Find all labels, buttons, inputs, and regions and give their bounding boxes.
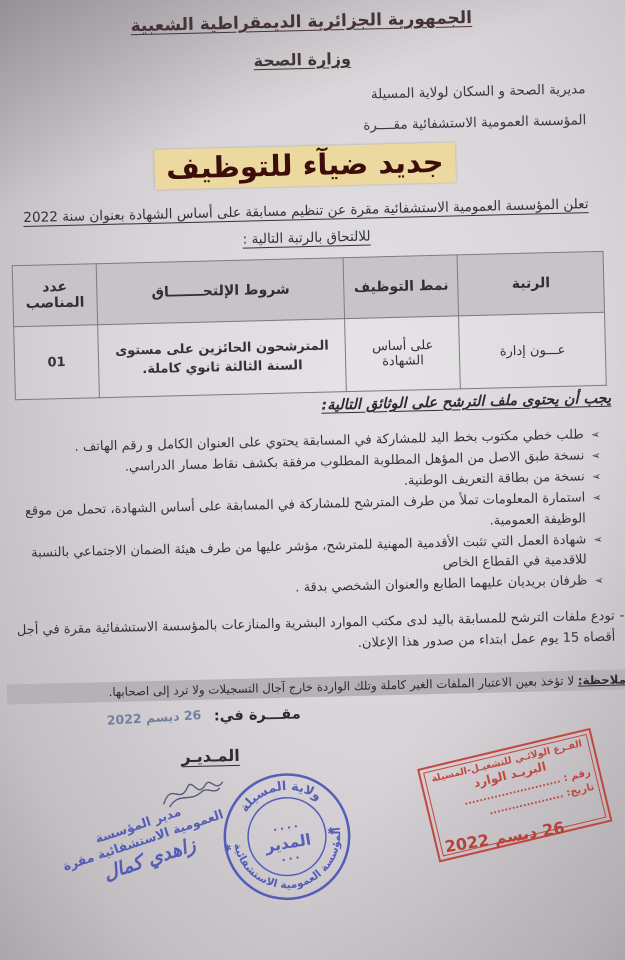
director-label: المـديـر bbox=[181, 746, 240, 766]
documents-list: ➢ طلب خطي مكتوب بخط اليد للمشاركة في الم… bbox=[11, 425, 604, 606]
round-stamp-left-decor-icon: ✱ bbox=[223, 843, 233, 855]
remark-line: ملاحظة: لا تؤخذ بعين الاعتبار الملفات ال… bbox=[7, 669, 625, 704]
director-name-stamp: مدير المؤسسة العمومية الاستشفائية مقرة ز… bbox=[53, 790, 236, 898]
deposit-paragraph: - تودع ملفات الترشح للمسابقة باليد لدى م… bbox=[15, 605, 625, 663]
place-date-line: مقـــرة في: 26 ديسم 2022 bbox=[106, 706, 301, 727]
recruitment-table: الرتبة نمط التوظيف شروط الإلتحـــــــاق … bbox=[12, 251, 607, 400]
remark-text: لا تؤخذ بعين الاعتبار الملفات الغير كامل… bbox=[108, 674, 578, 699]
header-rank: الرتبة bbox=[457, 251, 604, 316]
round-stamp-dots: • • • bbox=[281, 853, 301, 865]
table-row: عـــون إدارة على أساس الشهادة المترشحون … bbox=[14, 312, 607, 399]
watermark-text: جديد ضيآء للتوظيف bbox=[166, 145, 444, 186]
photo-background: { "header": { "republic": "الجمهورية الج… bbox=[0, 0, 625, 960]
mail-received-stamp: الفـرع الولائـي للتشغيـل-المسيلة البريـد… bbox=[417, 728, 612, 863]
republic-title: الجمهورية الجزائرية الديمقراطية الشعبية bbox=[0, 5, 614, 40]
arrow-bullet-icon: ➢ bbox=[591, 446, 601, 466]
arrow-bullet-icon: ➢ bbox=[594, 571, 604, 591]
cell-conditions: المترشحون الحائزين على مستوى السنة الثال… bbox=[98, 319, 347, 398]
header-positions: عدد المناصب bbox=[12, 264, 97, 327]
document-paper: الجمهورية الجزائرية الديمقراطية الشعبية … bbox=[0, 0, 625, 960]
arrow-bullet-icon: ➢ bbox=[592, 467, 602, 487]
place-label: مقـــرة في: bbox=[214, 706, 301, 724]
round-official-stamp: ولاية المسيلة المؤسسة العمومية الاستشفائ… bbox=[208, 757, 364, 913]
header-conditions: شروط الإلتحـــــــاق bbox=[96, 258, 345, 325]
arrow-bullet-icon: ➢ bbox=[592, 488, 602, 528]
cell-rank: عـــون إدارة bbox=[459, 312, 606, 389]
round-stamp-top-text: ولاية المسيلة bbox=[233, 771, 327, 816]
round-stamp-center-text: المدير bbox=[263, 831, 312, 856]
header-mode: نمط التوظيف bbox=[344, 255, 459, 319]
mail-received-stamp-inner: الفـرع الولائـي للتشغيـل-المسيلة البريـد… bbox=[423, 734, 606, 857]
deposit-text: تودع ملفات الترشح للمسابقة باليد لدى مكت… bbox=[15, 606, 615, 664]
cell-mode: على أساس الشهادة bbox=[345, 316, 461, 392]
ministry-title: وزارة الصحة bbox=[0, 42, 615, 76]
announcement-paragraph: تعلن المؤسسة العمومية الاستشفائية مقرة ع… bbox=[1, 191, 611, 259]
hospital-institution-line: المؤسسة العمومية الاستشفائية مقــــرة bbox=[363, 112, 586, 133]
arrow-bullet-icon: ➢ bbox=[591, 425, 601, 445]
incoming-date-stamp: 26 ديسم 2022 bbox=[106, 707, 201, 728]
documents-heading: يجب أن يحتوى ملف الترشح على الوثائق التا… bbox=[321, 391, 611, 414]
cell-positions: 01 bbox=[14, 325, 100, 400]
dash-marker: - bbox=[619, 605, 625, 648]
health-directorate-line: مديرية الصحة و السكان لولاية المسيلة bbox=[371, 81, 586, 102]
arrow-bullet-icon: ➢ bbox=[593, 530, 603, 570]
watermark-banner: جديد ضيآء للتوظيف bbox=[154, 142, 456, 189]
remark-label: ملاحظة: bbox=[578, 672, 625, 687]
